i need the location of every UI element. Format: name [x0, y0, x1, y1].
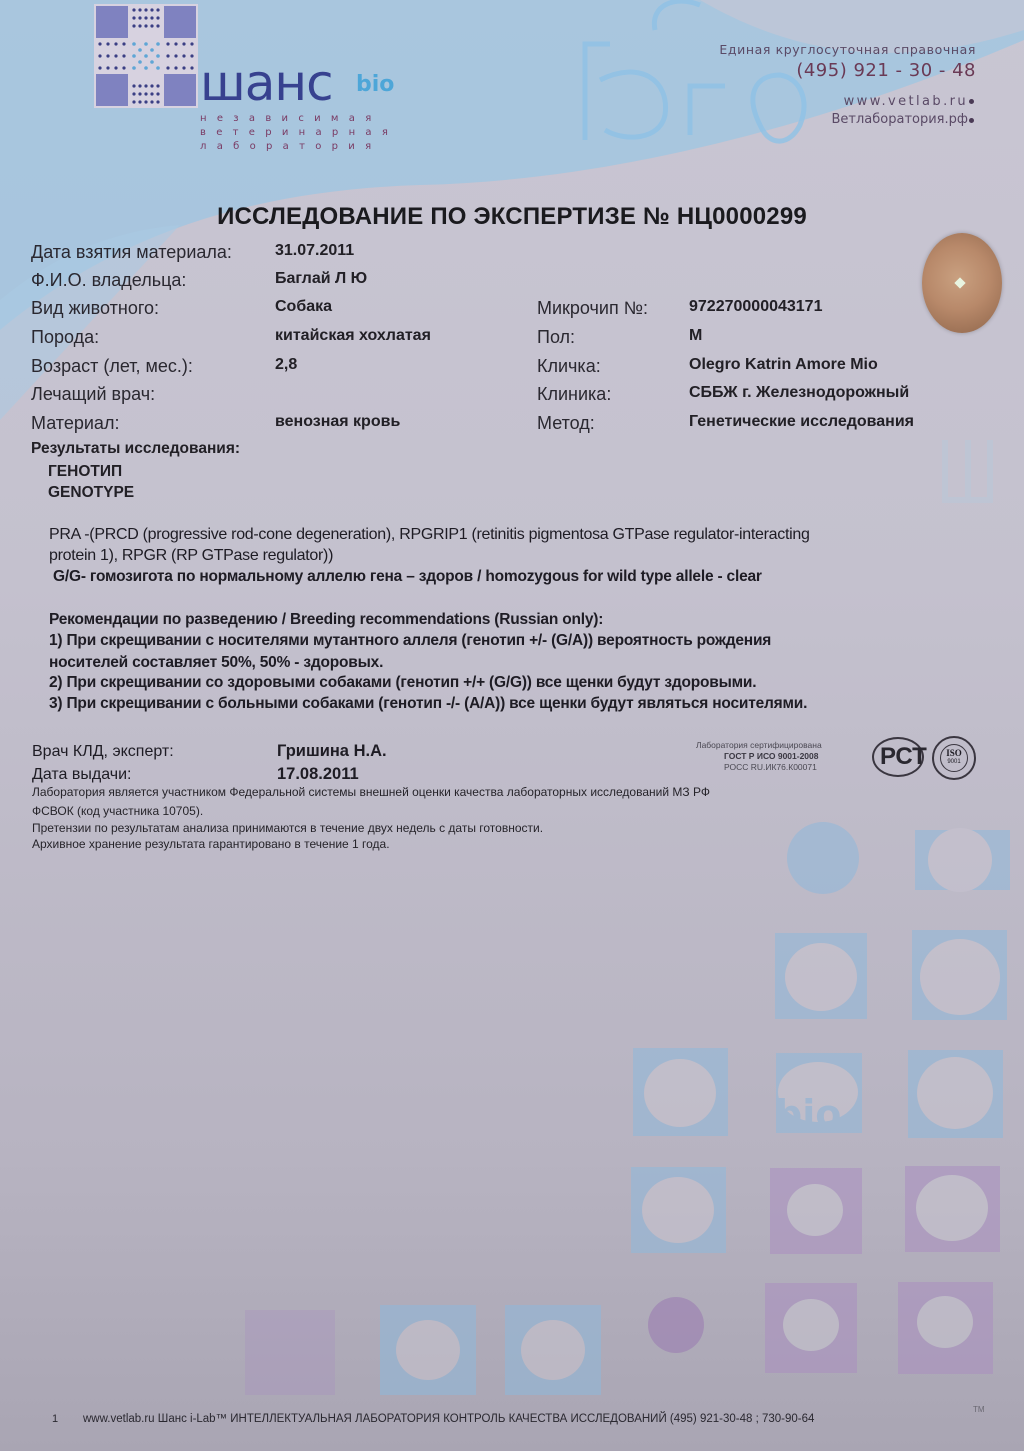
field-label-clinic: Клиника:: [537, 384, 611, 405]
test-description-line-2: protein 1), RPGR (RP GTPase regulator)): [49, 547, 333, 565]
field-label-method: Метод:: [537, 413, 595, 434]
cert-line-1: Лаборатория сертифицирована: [696, 740, 822, 750]
field-value-owner: Баглай Л Ю: [275, 270, 367, 288]
field-value-breed: китайская хохлатая: [275, 327, 431, 345]
hotline-label: Единая круглосуточная справочная: [719, 42, 976, 57]
bullet-icon: [969, 99, 974, 104]
logo-cross-icon: [94, 4, 198, 108]
field-label-sex: Пол:: [537, 327, 575, 348]
recommendation-line: 2) При скрещивании со здоровыми собаками…: [49, 674, 756, 692]
footer-text: www.vetlab.ru Шанс i-Lab™ ИНТЕЛЛЕКТУАЛЬН…: [83, 1413, 814, 1425]
iso-seal-icon: ISO 9001: [932, 736, 976, 780]
recommendation-line: 3) При скрещивании с больными собаками (…: [49, 695, 807, 713]
logo-subtitle-line-2: ветеринарная: [200, 127, 398, 138]
cert-line-2: ГОСТ Р ИСО 9001-2008: [724, 751, 819, 761]
website-link-rf[interactable]: Ветлаборатория.рф: [832, 112, 969, 127]
field-label-owner: Ф.И.О. владельца:: [31, 270, 186, 291]
bullet-icon: [969, 118, 974, 123]
results-heading: Результаты исследования:: [31, 440, 240, 458]
issue-date-label: Дата выдачи:: [32, 766, 131, 784]
recommendation-line: 1) При скрещивании с носителями мутантно…: [49, 632, 771, 650]
document-title: ИССЛЕДОВАНИЕ ПО ЭКСПЕРТИЗЕ № НЦ0000299: [0, 203, 1024, 231]
field-label-pet-name: Кличка:: [537, 356, 601, 377]
field-value-sex: М: [689, 327, 702, 345]
note-line: Претензии по результатам анализа принима…: [32, 821, 543, 835]
cert-line-3: РОСС RU.ИК76.К00071: [724, 762, 817, 772]
field-value-age: 2,8: [275, 356, 297, 374]
issue-date-value: 17.08.2011: [277, 765, 359, 784]
expert-label: Врач КЛД, эксперт:: [32, 743, 174, 761]
field-value-species: Собака: [275, 298, 332, 316]
recommendation-line: носителей составляет 50%, 50% - здоровых…: [49, 654, 383, 672]
test-description-line-1: PRA -(PRCD (progressive rod-cone degener…: [49, 526, 810, 544]
genotype-result: G/G- гомозигота по нормальному аллелю ге…: [53, 568, 762, 586]
field-label-doctor: Лечащий врач:: [31, 384, 155, 405]
website-link[interactable]: www.vetlab.ru: [844, 94, 968, 109]
field-value-clinic: СББЖ г. Железнодорожный: [689, 384, 909, 402]
hotline-phone: (495) 921 - 30 - 48: [796, 60, 976, 81]
note-line: Архивное хранение результата гарантирова…: [32, 837, 390, 851]
logo-bio-mark: bio: [356, 72, 394, 97]
logo-subtitle-line-3: лаборатория: [200, 141, 381, 152]
field-value-sample-date: 31.07.2011: [275, 242, 354, 260]
recommendations-heading: Рекомендации по разведению / Breeding re…: [49, 611, 603, 629]
genotype-heading-ru: ГЕНОТИП: [48, 463, 122, 481]
note-line: ФСВОК (код участника 10705).: [32, 804, 203, 818]
field-value-method: Генетические исследования: [689, 413, 914, 431]
field-value-material: венозная кровь: [275, 413, 400, 431]
genotype-heading-en: GENOTYPE: [48, 484, 134, 502]
field-label-sample-date: Дата взятия материала:: [31, 242, 232, 263]
logo-subtitle-line-1: независимая: [200, 113, 382, 124]
field-label-microchip: Микрочип №:: [537, 298, 648, 319]
field-value-microchip: 972270000043171: [689, 298, 822, 316]
note-line: Лаборатория является участником Федераль…: [32, 785, 710, 799]
page-number: 1: [52, 1413, 58, 1425]
svg-text:bio: bio: [775, 1092, 841, 1136]
field-value-pet-name: Olegro Katrin Amore Mio: [689, 356, 878, 374]
logo-brand-name: шанс: [200, 58, 333, 108]
trademark-mark: TM: [973, 1405, 985, 1414]
field-label-breed: Порода:: [31, 327, 99, 348]
rst-mark-icon: РСТ: [872, 737, 924, 777]
expert-name: Гришина Н.А.: [277, 742, 387, 761]
field-label-age: Возраст (лет, мес.):: [31, 356, 193, 377]
hologram-seal-icon: [922, 233, 1002, 333]
field-label-material: Материал:: [31, 413, 119, 434]
field-label-species: Вид животного:: [31, 298, 159, 319]
